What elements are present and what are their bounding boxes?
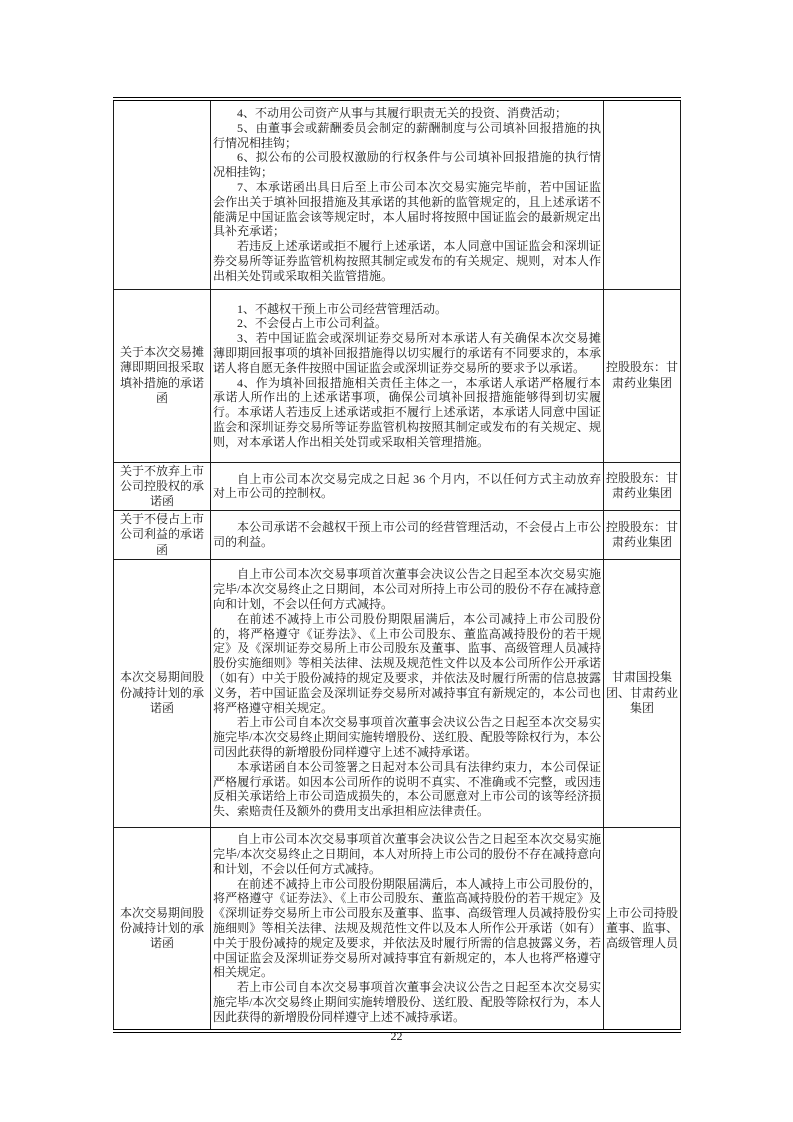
commitment-paragraph: 本公司承诺不会越权干预上市公司的经营管理活动，不会侵占上市公司的利益。 bbox=[213, 520, 601, 550]
commitment-title-cell: 关于本次交易摊薄即期回报采取填补措施的承诺函 bbox=[114, 289, 211, 462]
commitment-party-cell bbox=[604, 99, 681, 289]
commitment-paragraph: 在前述不减持上市公司股份期限届满后，本公司减持上市公司股份的，将严格遵守《证券法… bbox=[213, 612, 601, 716]
commitment-paragraph: 若上市公司自本次交易事项首次董事会决议公告之日起至本次交易实施完毕/本次交易终止… bbox=[213, 715, 601, 759]
commitment-paragraph: 自上市公司本次交易事项首次董事会决议公告之日起至本次交易实施完毕/本次交易终止之… bbox=[213, 832, 601, 876]
commitment-title-cell: 关于不放弃上市公司控股权的承诺函 bbox=[114, 462, 211, 511]
commitment-content-cell: 4、不动用公司资产从事与其履行职责无关的投资、消费活动； 5、由董事会或薪酬委员… bbox=[211, 99, 604, 289]
commitment-row: 关于不放弃上市公司控股权的承诺函 自上市公司本次交易完成之日起 36 个月内，不… bbox=[114, 462, 681, 511]
commitment-paragraph: 4、不动用公司资产从事与其履行职责无关的投资、消费活动； bbox=[213, 106, 601, 121]
commitment-paragraph: 4、作为填补回报措施相关责任主体之一，本承诺人承诺严格履行本承诺人所作出的上述承… bbox=[213, 376, 601, 450]
commitment-paragraph: 自上市公司本次交易完成之日起 36 个月内，不以任何方式主动放弃对上市公司的控制… bbox=[213, 472, 601, 502]
page-number: 22 bbox=[0, 1029, 793, 1044]
commitment-row: 本次交易期间股份减持计划的承诺函 自上市公司本次交易事项首次董事会决议公告之日起… bbox=[114, 559, 681, 827]
commitment-content-cell: 本公司承诺不会越权干预上市公司的经营管理活动，不会侵占上市公司的利益。 bbox=[211, 511, 604, 560]
commitment-content-cell: 自上市公司本次交易事项首次董事会决议公告之日起至本次交易实施完毕/本次交易终止之… bbox=[211, 559, 604, 827]
commitment-party-cell: 甘肃国投集团、甘肃药业集团 bbox=[604, 559, 681, 827]
commitment-paragraph: 1、不越权干预上市公司经营管理活动。 bbox=[213, 302, 601, 317]
commitment-title-cell bbox=[114, 99, 211, 289]
commitment-paragraph: 在前述不减持上市公司股份期限届满后，本人减持上市公司股份的，将严格遵守《证券法》… bbox=[213, 877, 601, 981]
commitment-paragraph: 6、拟公布的公司股权激励的行权条件与公司填补回报措施的执行情况相挂钩； bbox=[213, 150, 601, 180]
commitment-content-cell: 1、不越权干预上市公司经营管理活动。 2、不会侵占上市公司利益。 3、若中国证监… bbox=[211, 289, 604, 462]
commitment-row: 本次交易期间股份减持计划的承诺函 自上市公司本次交易事项首次董事会决议公告之日起… bbox=[114, 827, 681, 1031]
commitment-content-cell: 自上市公司本次交易完成之日起 36 个月内，不以任何方式主动放弃对上市公司的控制… bbox=[211, 462, 604, 511]
commitment-content-cell: 自上市公司本次交易事项首次董事会决议公告之日起至本次交易实施完毕/本次交易终止之… bbox=[211, 827, 604, 1031]
commitment-party-cell: 控股股东：甘肃药业集团 bbox=[604, 511, 681, 560]
commitment-title-cell: 本次交易期间股份减持计划的承诺函 bbox=[114, 559, 211, 827]
commitment-paragraph: 2、不会侵占上市公司利益。 bbox=[213, 316, 601, 331]
commitment-paragraph: 3、若中国证监会或深圳证券交易所对本承诺人有关确保本次交易摊薄即期回报事项的填补… bbox=[213, 331, 601, 375]
commitment-title-cell: 关于不侵占上市公司利益的承诺函 bbox=[114, 511, 211, 560]
commitment-row: 4、不动用公司资产从事与其履行职责无关的投资、消费活动； 5、由董事会或薪酬委员… bbox=[114, 99, 681, 289]
commitment-title-cell: 本次交易期间股份减持计划的承诺函 bbox=[114, 827, 211, 1031]
commitment-paragraph: 自上市公司本次交易事项首次董事会决议公告之日起至本次交易实施完毕/本次交易终止之… bbox=[213, 567, 601, 611]
commitment-party-cell: 上市公司持股董事、监事、高级管理人员 bbox=[604, 827, 681, 1031]
commitment-paragraph: 若违反上述承诺或拒不履行上述承诺，本人同意中国证监会和深圳证券交易所等证券监管机… bbox=[213, 239, 601, 283]
commitment-party-cell: 控股股东：甘肃药业集团 bbox=[604, 289, 681, 462]
commitment-paragraph: 本承诺函自本公司签署之日起对本公司具有法律约束力，本公司保证严格履行承诺。如因本… bbox=[213, 760, 601, 819]
commitment-paragraph: 若上市公司自本次交易事项首次董事会决议公告之日起至本次交易实施完毕/本次交易终止… bbox=[213, 980, 601, 1024]
commitment-party-cell: 控股股东：甘肃药业集团 bbox=[604, 462, 681, 511]
commitments-table: 4、不动用公司资产从事与其履行职责无关的投资、消费活动； 5、由董事会或薪酬委员… bbox=[113, 97, 681, 1033]
commitment-row: 关于不侵占上市公司利益的承诺函 本公司承诺不会越权干预上市公司的经营管理活动，不… bbox=[114, 511, 681, 560]
commitment-paragraph: 7、本承诺函出具日后至上市公司本次交易实施完毕前，若中国证监会作出关于填补回报措… bbox=[213, 180, 601, 239]
commitment-row: 关于本次交易摊薄即期回报采取填补措施的承诺函 1、不越权干预上市公司经营管理活动… bbox=[114, 289, 681, 462]
document-page: 4、不动用公司资产从事与其履行职责无关的投资、消费活动； 5、由董事会或薪酬委员… bbox=[0, 0, 793, 1122]
commitment-paragraph: 5、由董事会或薪酬委员会制定的薪酬制度与公司填补回报措施的执行情况相挂钩； bbox=[213, 121, 601, 151]
